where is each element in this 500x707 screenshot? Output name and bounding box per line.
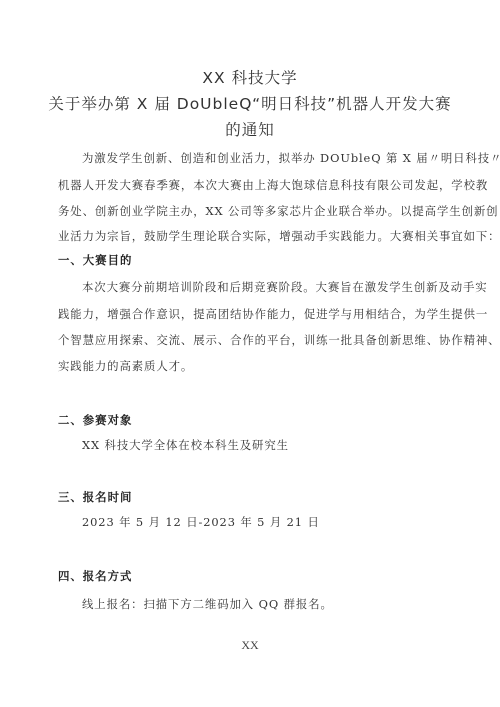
participants-line: XX 科技大学全体在校本科生及研究生 (82, 437, 455, 453)
intro-line: 业活力为宗旨，鼓励学生理论联合实际，增强动手实践能力。大赛相关事宜如下： (58, 228, 455, 244)
purpose-line: 个智慧应用探索、交流、展示、合作的平台，训练一批具备创新思维、协作精神、 (58, 332, 455, 348)
purpose-line: 践能力，增强合作意识，提高团结协作能力，促进学与用相结合，为学生提供一 (58, 306, 455, 322)
university-name: XX 科技大学 (0, 68, 500, 88)
intro-line: 机器人开发大赛春季赛，本次大赛由上海大饱球信息科技有限公司发起，学校教 (58, 177, 455, 193)
intro-line: 务处、创新创业学院主办，XX 公司等多家芯片企业联合举办。以提高学生创新创 (58, 203, 455, 219)
section-heading-purpose: 一、大赛目的 (58, 252, 132, 268)
registration-method-line: 线上报名：扫描下方二维码加入 QQ 群报名。 (82, 596, 455, 612)
section-heading-participants: 二、参赛对象 (58, 412, 132, 428)
notice-title: 关于举办第 X 届 DoUbleQ“明日科技”机器人开发大赛 (0, 94, 500, 114)
purpose-line: 本次大赛分前期培训阶段和后期竞赛阶段。大赛旨在激发学生创新及动手实 (82, 279, 455, 295)
document-page: XX 科技大学 关于举办第 X 届 DoUbleQ“明日科技”机器人开发大赛 的… (0, 0, 500, 707)
notice-title-suffix: 的通知 (0, 120, 500, 140)
purpose-line: 实践能力的高素质人才。 (58, 358, 455, 374)
section-heading-registration-method: 四、报名方式 (58, 568, 132, 584)
section-heading-registration-time: 三、报名时间 (58, 489, 132, 505)
registration-time-line: 2023 年 5 月 12 日-2023 年 5 月 21 日 (82, 514, 455, 530)
intro-line: 为激发学生创新、创造和创业活力，拟举办 DOUbleQ 第 X 届〃明日科技〃 (82, 150, 455, 166)
page-footer: XX (0, 637, 500, 653)
